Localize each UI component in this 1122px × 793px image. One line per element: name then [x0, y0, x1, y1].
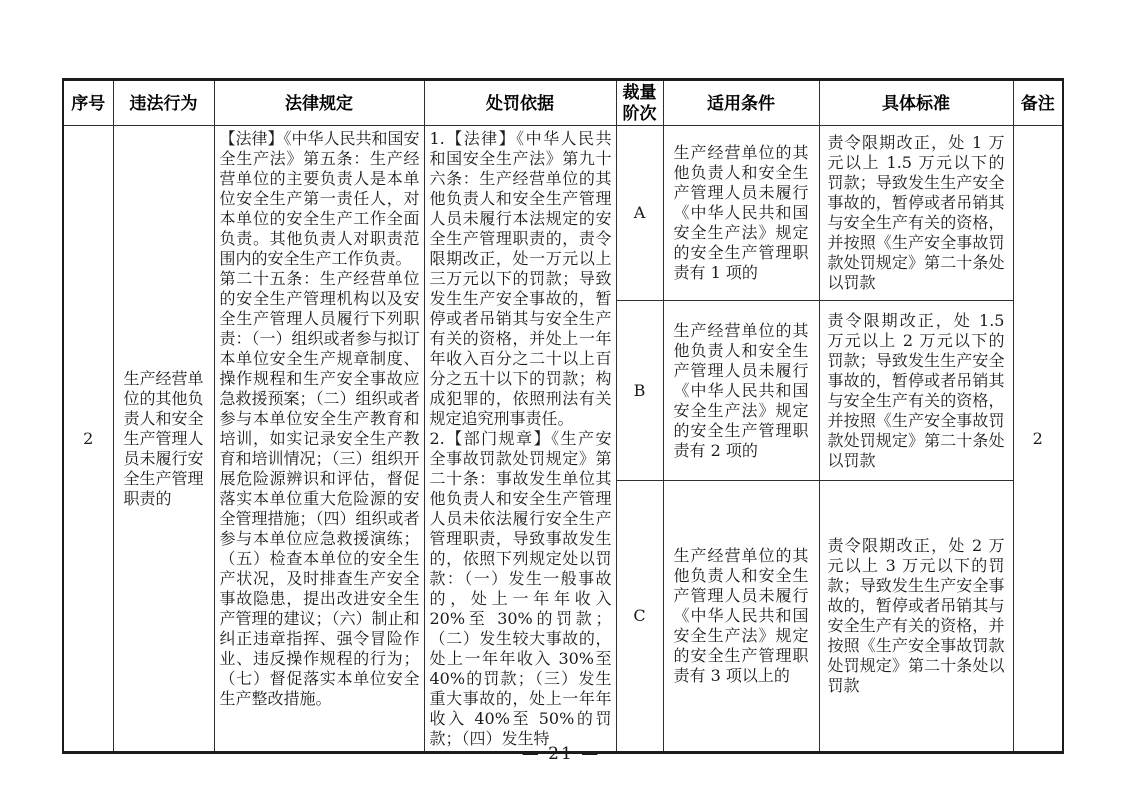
header-standard: 具体标准 [819, 80, 1013, 126]
penalty-basis-cell: 1.【法律】《中华人民共和国安全生产法》第九十六条：生产经营单位的其他负责人和安… [424, 126, 616, 753]
tier-level-a: A [616, 126, 663, 301]
legal-paragraph-1: 【法律】《中华人民共和国安全生产法》第五条：生产经营单位的主要负责人是本单位安全… [220, 129, 420, 269]
document-page: 序号 违法行为 法律规定 处罚依据 裁量阶次 适用条件 具体标准 备注 2 生产… [0, 0, 1122, 793]
header-remark: 备注 [1013, 80, 1063, 126]
header-penalty-basis: 处罚依据 [424, 80, 616, 126]
page-number: — 21 — [0, 744, 1122, 764]
remark-cell: 2 [1013, 126, 1063, 753]
table-header-row: 序号 违法行为 法律规定 处罚依据 裁量阶次 适用条件 具体标准 备注 [63, 80, 1063, 126]
condition-cell-b: 生产经营单位的其他负责人和安全生产管理人员未履行《中华人民共和国安全生产法》规定… [663, 301, 819, 481]
header-seq: 序号 [63, 80, 113, 126]
header-legal: 法律规定 [214, 80, 424, 126]
violation-cell: 生产经营单位的其他负责人和安全生产管理人员未履行安全生产管理职责的 [113, 126, 214, 753]
header-condition: 适用条件 [663, 80, 819, 126]
penalty-paragraph-2: 2.【部门规章】《生产安全事故罚款处罚规定》第二十条：事故发生单位其他负责人和安… [430, 429, 612, 749]
condition-cell-a: 生产经营单位的其他负责人和安全生产管理人员未履行《中华人民共和国安全生产法》规定… [663, 126, 819, 301]
tier-level-c: C [616, 481, 663, 753]
tier-level-b: B [616, 301, 663, 481]
standard-cell-a: 责令限期改正，处 1 万元以上 1.5 万元以下的罚款；导致发生生产安全事故的，… [819, 126, 1013, 301]
standard-cell-b: 责令限期改正，处 1.5 万元以上 2 万元以下的罚款；导致发生生产安全事故的，… [819, 301, 1013, 481]
condition-cell-c: 生产经营单位的其他负责人和安全生产管理人员未履行《中华人民共和国安全生产法》规定… [663, 481, 819, 753]
standard-cell-c: 责令限期改正，处 2 万元以上 3 万元以下的罚款；导致发生生产安全事故的，暂停… [819, 481, 1013, 753]
header-tier: 裁量阶次 [616, 80, 663, 126]
header-violation: 违法行为 [113, 80, 214, 126]
tier-row-a: 2 生产经营单位的其他负责人和安全生产管理人员未履行安全生产管理职责的 【法律】… [63, 126, 1063, 301]
penalty-discretion-table: 序号 违法行为 法律规定 处罚依据 裁量阶次 适用条件 具体标准 备注 2 生产… [62, 78, 1064, 754]
penalty-paragraph-1: 1.【法律】《中华人民共和国安全生产法》第九十六条：生产经营单位的其他负责人和安… [430, 129, 612, 429]
legal-provision-cell: 【法律】《中华人民共和国安全生产法》第五条：生产经营单位的主要负责人是本单位安全… [214, 126, 424, 753]
legal-paragraph-2: 第二十五条：生产经营单位的安全生产管理机构以及安全生产管理人员履行下列职责：（一… [220, 269, 420, 709]
seq-cell: 2 [63, 126, 113, 753]
